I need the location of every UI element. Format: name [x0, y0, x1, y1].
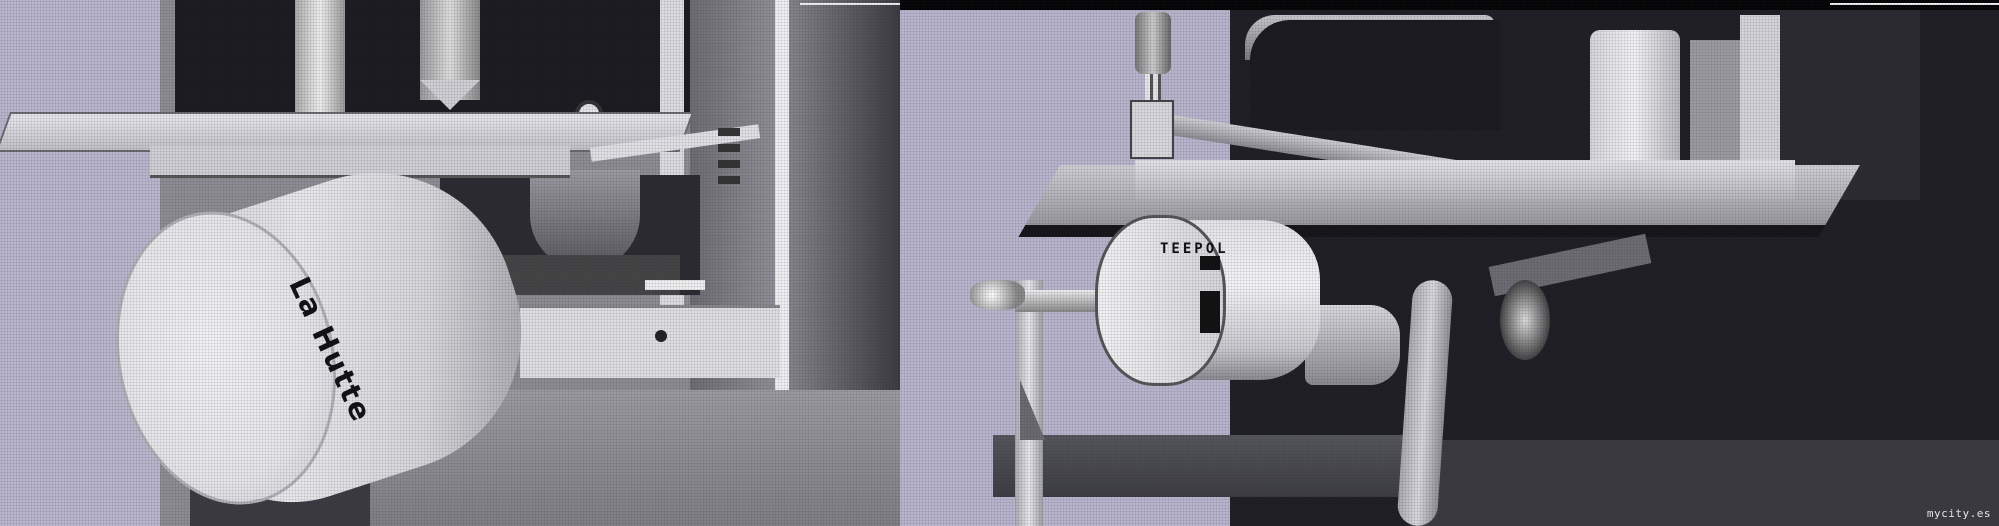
stand-crossbar — [993, 435, 1423, 497]
cylinder-label: TEEPOL — [1160, 241, 1260, 257]
watermark: mycity.es — [1927, 507, 1991, 520]
control-panel — [520, 305, 780, 378]
print-head — [295, 0, 345, 120]
mandrel-shaft — [1015, 290, 1105, 312]
scan-edge — [800, 3, 900, 5]
side-nameplate — [710, 120, 750, 230]
left-photo: La Hutte — [0, 0, 900, 526]
right-photo: TEEPOL mycity.es — [900, 0, 1999, 526]
scan-edge — [1830, 3, 1999, 5]
screen-frame — [1135, 160, 1795, 200]
top-housing-shadow — [1250, 20, 1500, 130]
cylinder-mark — [1200, 291, 1220, 333]
scan-border — [900, 0, 1999, 10]
print-head-plate — [1690, 40, 1740, 160]
shaft-coupling — [970, 280, 1025, 310]
counter-weight — [1135, 12, 1171, 74]
print-head — [1590, 30, 1680, 170]
frame-clamp — [1130, 100, 1174, 159]
control-knob — [655, 330, 667, 342]
drive-wheel — [1500, 280, 1550, 360]
machine-base — [1410, 440, 1999, 526]
cylinder-mark — [1200, 256, 1220, 270]
slot-highlight — [645, 280, 705, 290]
